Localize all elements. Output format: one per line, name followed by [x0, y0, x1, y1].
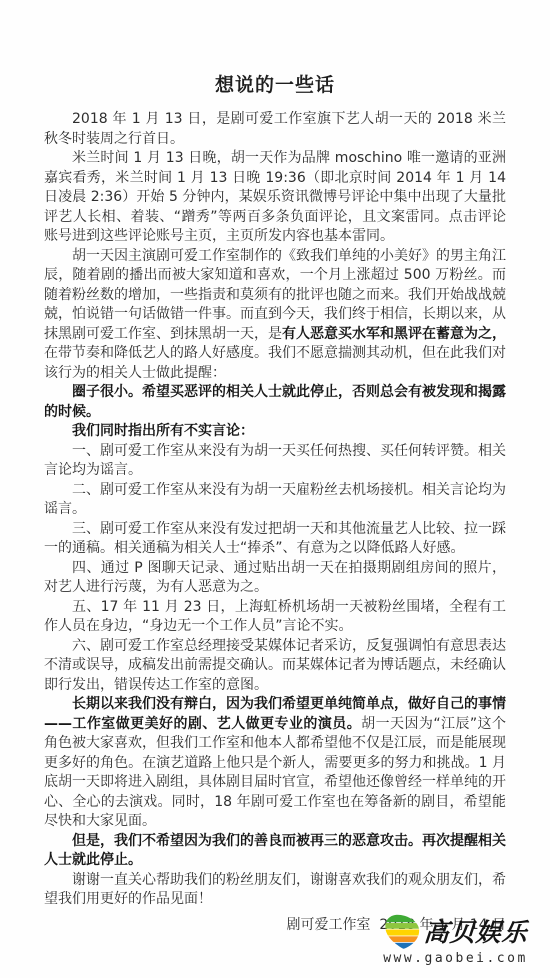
body-text: 二、剧可爱工作室从来没有为胡一天雇粉丝去机场接机。相关言论均为谣言。 [44, 482, 506, 518]
paragraph: 圈子很小。希望买恶评的相关人士就此停止，否则总会有被发现和揭露的时候。 [44, 383, 506, 422]
watermark-url: www.gaobei.com [383, 951, 528, 966]
paragraph: 胡一天因主演剧可爱工作室制作的《致我们单纯的小美好》的男主角江辰，随着剧的播出而… [44, 247, 506, 384]
body-text: 一、剧可爱工作室从来没有为胡一天买任何热搜、买任何转评赞。相关言论均为谣言。 [44, 443, 506, 479]
emphasis-text: 我们同时指出所有不实言论： [72, 423, 254, 439]
paragraph: 但是，我们不希望因为我们的善良而被再三的恶意攻击。再次提醒相关人士就此停止。 [44, 832, 506, 871]
body-text: 胡一天因为“江辰”这个角色被大家喜欢，但我们工作室和他本人都希望他不仅是江辰，而… [44, 716, 506, 830]
emphasis-text: 有人恶意买水军和黑评在蓄意为之， [282, 326, 506, 342]
emphasis-text: 圈子很小。希望买恶评的相关人士就此停止，否则总会有被发现和揭露的时候。 [44, 384, 506, 420]
paragraph: 三、剧可爱工作室从来没有发过把胡一天和其他流量艺人比较、拉一踩一的通稿。相关通稿… [44, 520, 506, 559]
body-text: 米兰时间 1 月 13 日晚，胡一天作为品牌 moschino 唯一邀请的亚洲嘉… [44, 150, 506, 244]
body-text: 在带节奏和降低艺人的路人好感度。我们不愿意揣测其动机，但在此我们对该行为的相关人… [44, 345, 506, 381]
paragraph: 一、剧可爱工作室从来没有为胡一天买任何热搜、买任何转评赞。相关言论均为谣言。 [44, 442, 506, 481]
paragraph: 2018 年 1 月 13 日，是剧可爱工作室旗下艺人胡一天的 2018 米兰秋… [44, 110, 506, 149]
document-body: 2018 年 1 月 13 日，是剧可爱工作室旗下艺人胡一天的 2018 米兰秋… [44, 110, 506, 910]
paragraph: 五、17 年 11 月 23 日，上海虹桥机场胡一天被粉丝围堵，全程有工作人员在… [44, 598, 506, 637]
page-title: 想说的一些话 [0, 0, 550, 97]
watermark: 高贝娱乐 www.gaobei.com [383, 912, 528, 966]
paragraph: 谢谢一直关心帮助我们的粉丝朋友们，谢谢喜欢我们的观众朋友们，希望我们用更好的作品… [44, 871, 506, 910]
paragraph: 二、剧可爱工作室从来没有为胡一天雇粉丝去机场接机。相关言论均为谣言。 [44, 481, 506, 520]
gaobei-heart-icon [383, 912, 421, 950]
emphasis-text: 但是，我们不希望因为我们的善良而被再三的恶意攻击。再次提醒相关人士就此停止。 [44, 833, 506, 869]
body-text: 谢谢一直关心帮助我们的粉丝朋友们，谢谢喜欢我们的观众朋友们，希望我们用更好的作品… [44, 872, 506, 908]
paragraph: 米兰时间 1 月 13 日晚，胡一天作为品牌 moschino 唯一邀请的亚洲嘉… [44, 149, 506, 247]
paragraph: 六、剧可爱工作室总经理接受某媒体记者采访，反复强调怕有意思表达不清或误导，成稿发… [44, 637, 506, 696]
watermark-brand-name: 高贝娱乐 [423, 913, 530, 949]
body-text: 2018 年 1 月 13 日，是剧可爱工作室旗下艺人胡一天的 2018 米兰秋… [44, 111, 506, 147]
body-text: 五、17 年 11 月 23 日，上海虹桥机场胡一天被粉丝围堵，全程有工作人员在… [44, 599, 506, 635]
paragraph: 长期以来我们没有辩白，因为我们希望更单纯简单点，做好自己的事情——工作室做更美好… [44, 695, 506, 832]
paragraph: 我们同时指出所有不实言论： [44, 422, 506, 442]
body-text: 三、剧可爱工作室从来没有发过把胡一天和其他流量艺人比较、拉一踩一的通稿。相关通稿… [44, 521, 506, 557]
statement-page: 想说的一些话 2018 年 1 月 13 日，是剧可爱工作室旗下艺人胡一天的 2… [0, 0, 550, 978]
paragraph: 四、通过 P 图聊天记录、通过贴出胡一天在拍摄期剧组房间的照片，对艺人进行污蔑，… [44, 559, 506, 598]
body-text: 六、剧可爱工作室总经理接受某媒体记者采访，反复强调怕有意思表达不清或误导，成稿发… [44, 638, 506, 693]
watermark-brand-row: 高贝娱乐 [383, 912, 528, 950]
body-text: 四、通过 P 图聊天记录、通过贴出胡一天在拍摄期剧组房间的照片，对艺人进行污蔑，… [44, 560, 506, 596]
